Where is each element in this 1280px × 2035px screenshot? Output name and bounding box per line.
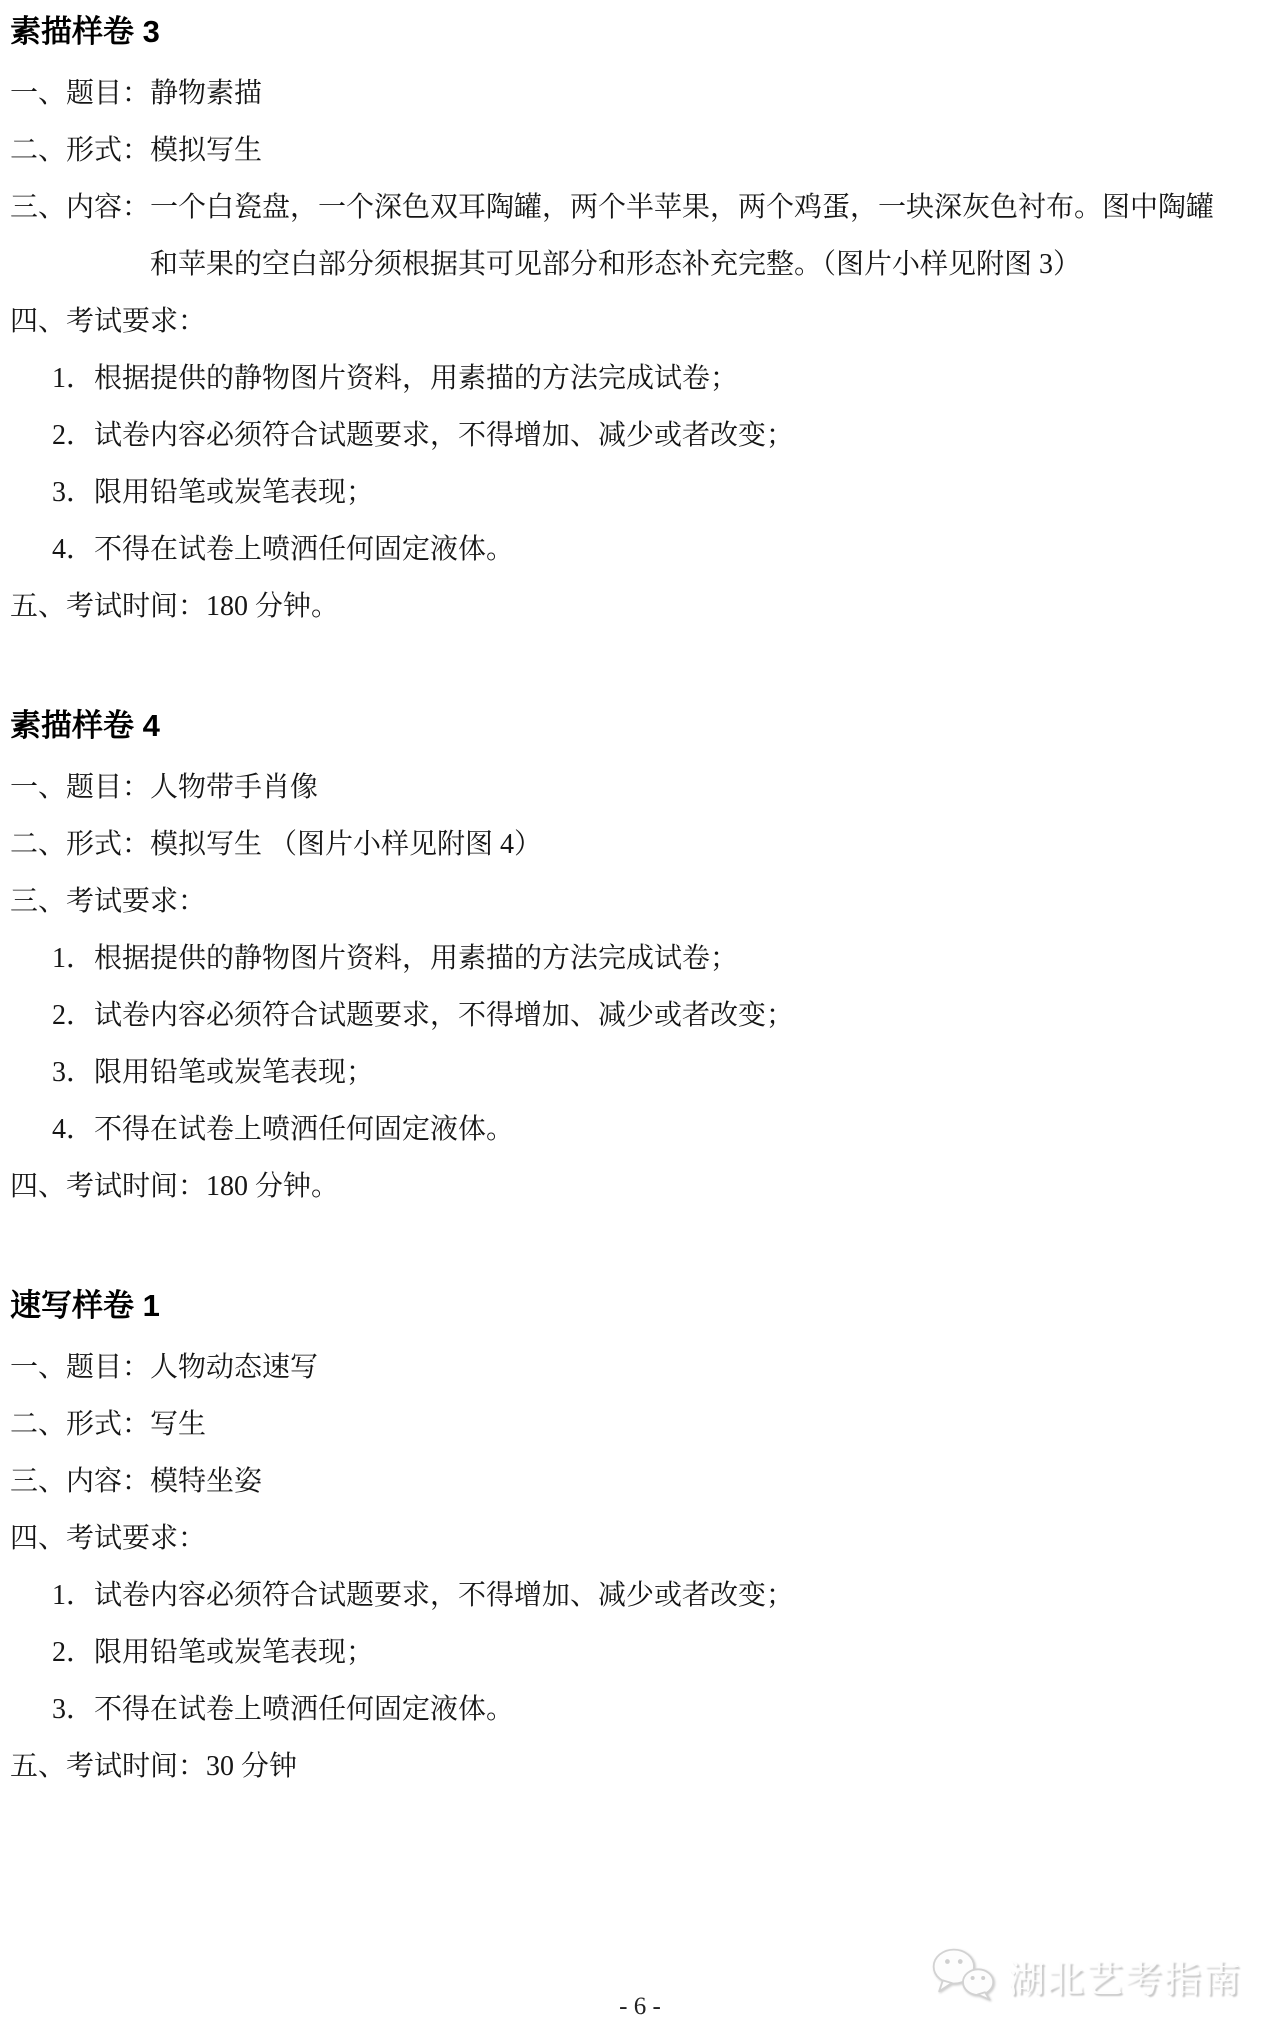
list-item: 一、题目：人物动态速写 [0, 1350, 1280, 1385]
list-subitem: 1．根据提供的静物图片资料，用素描的方法完成试卷； [0, 361, 1280, 396]
document-content: 素描样卷 3 一、题目：静物素描 二、形式：模拟写生 三、内容：一个白瓷盘，一个… [0, 0, 1280, 1784]
list-item-continuation: 和苹果的空白部分须根据其可见部分和形态补充完整。（图片小样见附图 3） [0, 247, 1280, 282]
list-subitem: 2．试卷内容必须符合试题要求，不得增加、减少或者改变； [0, 998, 1280, 1033]
list-item: 四、考试要求： [0, 304, 1280, 339]
list-item: 一、题目：人物带手肖像 [0, 770, 1280, 805]
list-item: 五、考试时间：180 分钟。 [0, 589, 1280, 624]
list-item: 四、考试时间：180 分钟。 [0, 1169, 1280, 1204]
section-heading-quicksketch-1: 速写样卷 1 [0, 1288, 1280, 1324]
list-subitem: 1．根据提供的静物图片资料，用素描的方法完成试卷； [0, 941, 1280, 976]
list-subitem: 3．不得在试卷上喷洒任何固定液体。 [0, 1692, 1280, 1727]
list-subitem: 1．试卷内容必须符合试题要求，不得增加、减少或者改变； [0, 1578, 1280, 1613]
list-item: 四、考试要求： [0, 1521, 1280, 1556]
list-subitem: 2．试卷内容必须符合试题要求，不得增加、减少或者改变； [0, 418, 1280, 453]
document-page: 素描样卷 3 一、题目：静物素描 二、形式：模拟写生 三、内容：一个白瓷盘，一个… [0, 0, 1280, 2035]
list-subitem: 2．限用铅笔或炭笔表现； [0, 1635, 1280, 1670]
list-subitem: 3．限用铅笔或炭笔表现； [0, 1055, 1280, 1090]
list-subitem: 4．不得在试卷上喷洒任何固定液体。 [0, 532, 1280, 567]
list-subitem: 4．不得在试卷上喷洒任何固定液体。 [0, 1112, 1280, 1147]
list-subitem: 3．限用铅笔或炭笔表现； [0, 475, 1280, 510]
list-item: 二、形式：模拟写生 （图片小样见附图 4） [0, 827, 1280, 862]
page-number: - 6 - [0, 1993, 1280, 2021]
list-item: 二、形式：模拟写生 [0, 133, 1280, 168]
list-item: 二、形式：写生 [0, 1407, 1280, 1442]
list-item: 五、考试时间：30 分钟 [0, 1749, 1280, 1784]
list-item: 三、内容：模特坐姿 [0, 1464, 1280, 1499]
section-heading-sketch-4: 素描样卷 4 [0, 708, 1280, 744]
list-item: 一、题目：静物素描 [0, 76, 1280, 111]
list-item: 三、内容：一个白瓷盘，一个深色双耳陶罐，两个半苹果，两个鸡蛋，一块深灰色衬布。图… [0, 190, 1280, 225]
section-heading-sketch-3: 素描样卷 3 [0, 14, 1280, 50]
list-item: 三、考试要求： [0, 884, 1280, 919]
